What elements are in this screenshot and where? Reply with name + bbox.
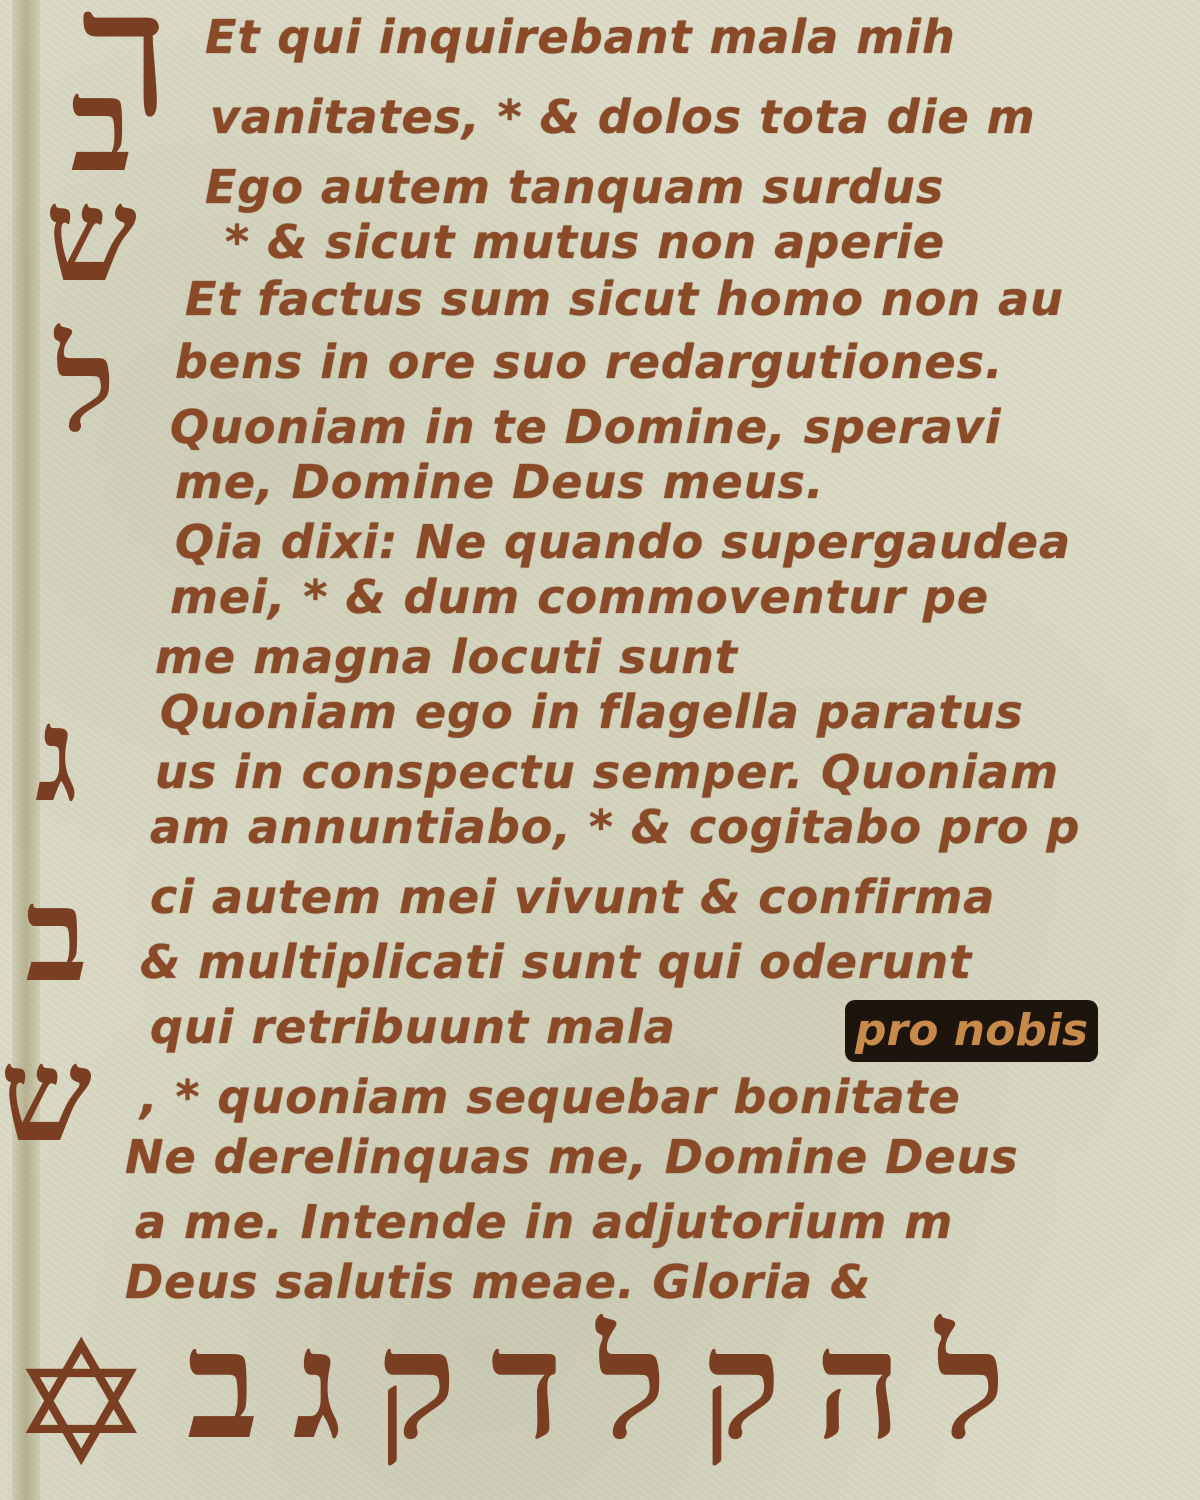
text-line: Ne derelinquas me, Domine Deus: [125, 1130, 1019, 1184]
hebrew-glyph-icon: ק: [376, 1310, 456, 1460]
highlighted-word: pro nobis: [845, 1000, 1098, 1062]
text-line: qui retribuunt mala: [150, 1000, 676, 1054]
hebrew-glyph-icon: ב: [186, 1310, 258, 1460]
margin-glyph-icon: ל: [55, 320, 116, 450]
margin-glyph-icon: ש: [0, 1030, 92, 1160]
text-line: & multiplicati sunt qui oderunt: [140, 935, 972, 989]
text-line: a me. Intende in adjutorium m: [135, 1195, 953, 1249]
text-line: vanitates, * & dolos tota die m: [210, 90, 1036, 144]
hebrew-glyph-icon: ה: [815, 1310, 901, 1460]
text-line: mei, * & dum commoventur pe: [170, 570, 989, 624]
text-line: bens in ore suo redargutiones.: [175, 335, 1003, 389]
text-line: Quoniam in te Domine, speravi: [170, 400, 1002, 454]
hebrew-glyph-icon: ל: [597, 1310, 667, 1460]
text-line: me magna locuti sunt: [155, 630, 738, 684]
text-line: Qia dixi: Ne quando supergaudea: [175, 515, 1071, 569]
text-line: am annuntiabo, * & cogitabo pro p: [150, 800, 1080, 854]
star-of-david-icon: ✡: [10, 1320, 152, 1490]
hebrew-glyph-icon: ל: [935, 1310, 1005, 1460]
text-line: Ego autem tanquam surdus: [205, 160, 944, 214]
margin-glyph-icon: ב: [25, 870, 88, 1000]
hebrew-glyph-icon: ג: [293, 1310, 343, 1460]
bottom-hebrew-row: ✡בגקדלקהל: [0, 1310, 1200, 1500]
margin-glyph-icon: ג: [35, 690, 78, 820]
manuscript-text-block: Et qui inquirebant mala mihvanitates, * …: [0, 0, 1200, 1500]
text-line: me, Domine Deus meus.: [175, 455, 824, 509]
margin-glyph-icon: ש: [45, 170, 137, 300]
hebrew-glyph-icon: ד: [491, 1310, 563, 1460]
text-line: us in conspectu semper. Quoniam: [155, 745, 1059, 799]
text-line: Et factus sum sicut homo non au: [185, 272, 1064, 326]
text-line: Et qui inquirebant mala mih: [205, 10, 956, 64]
text-line: Quoniam ego in flagella paratus: [160, 685, 1024, 739]
text-line: * & sicut mutus non aperie: [225, 215, 945, 269]
text-line: ci autem mei vivunt & confirma: [150, 870, 995, 924]
text-line: , * quoniam sequebar bonitate: [140, 1070, 961, 1124]
hebrew-glyph-icon: ק: [701, 1310, 781, 1460]
